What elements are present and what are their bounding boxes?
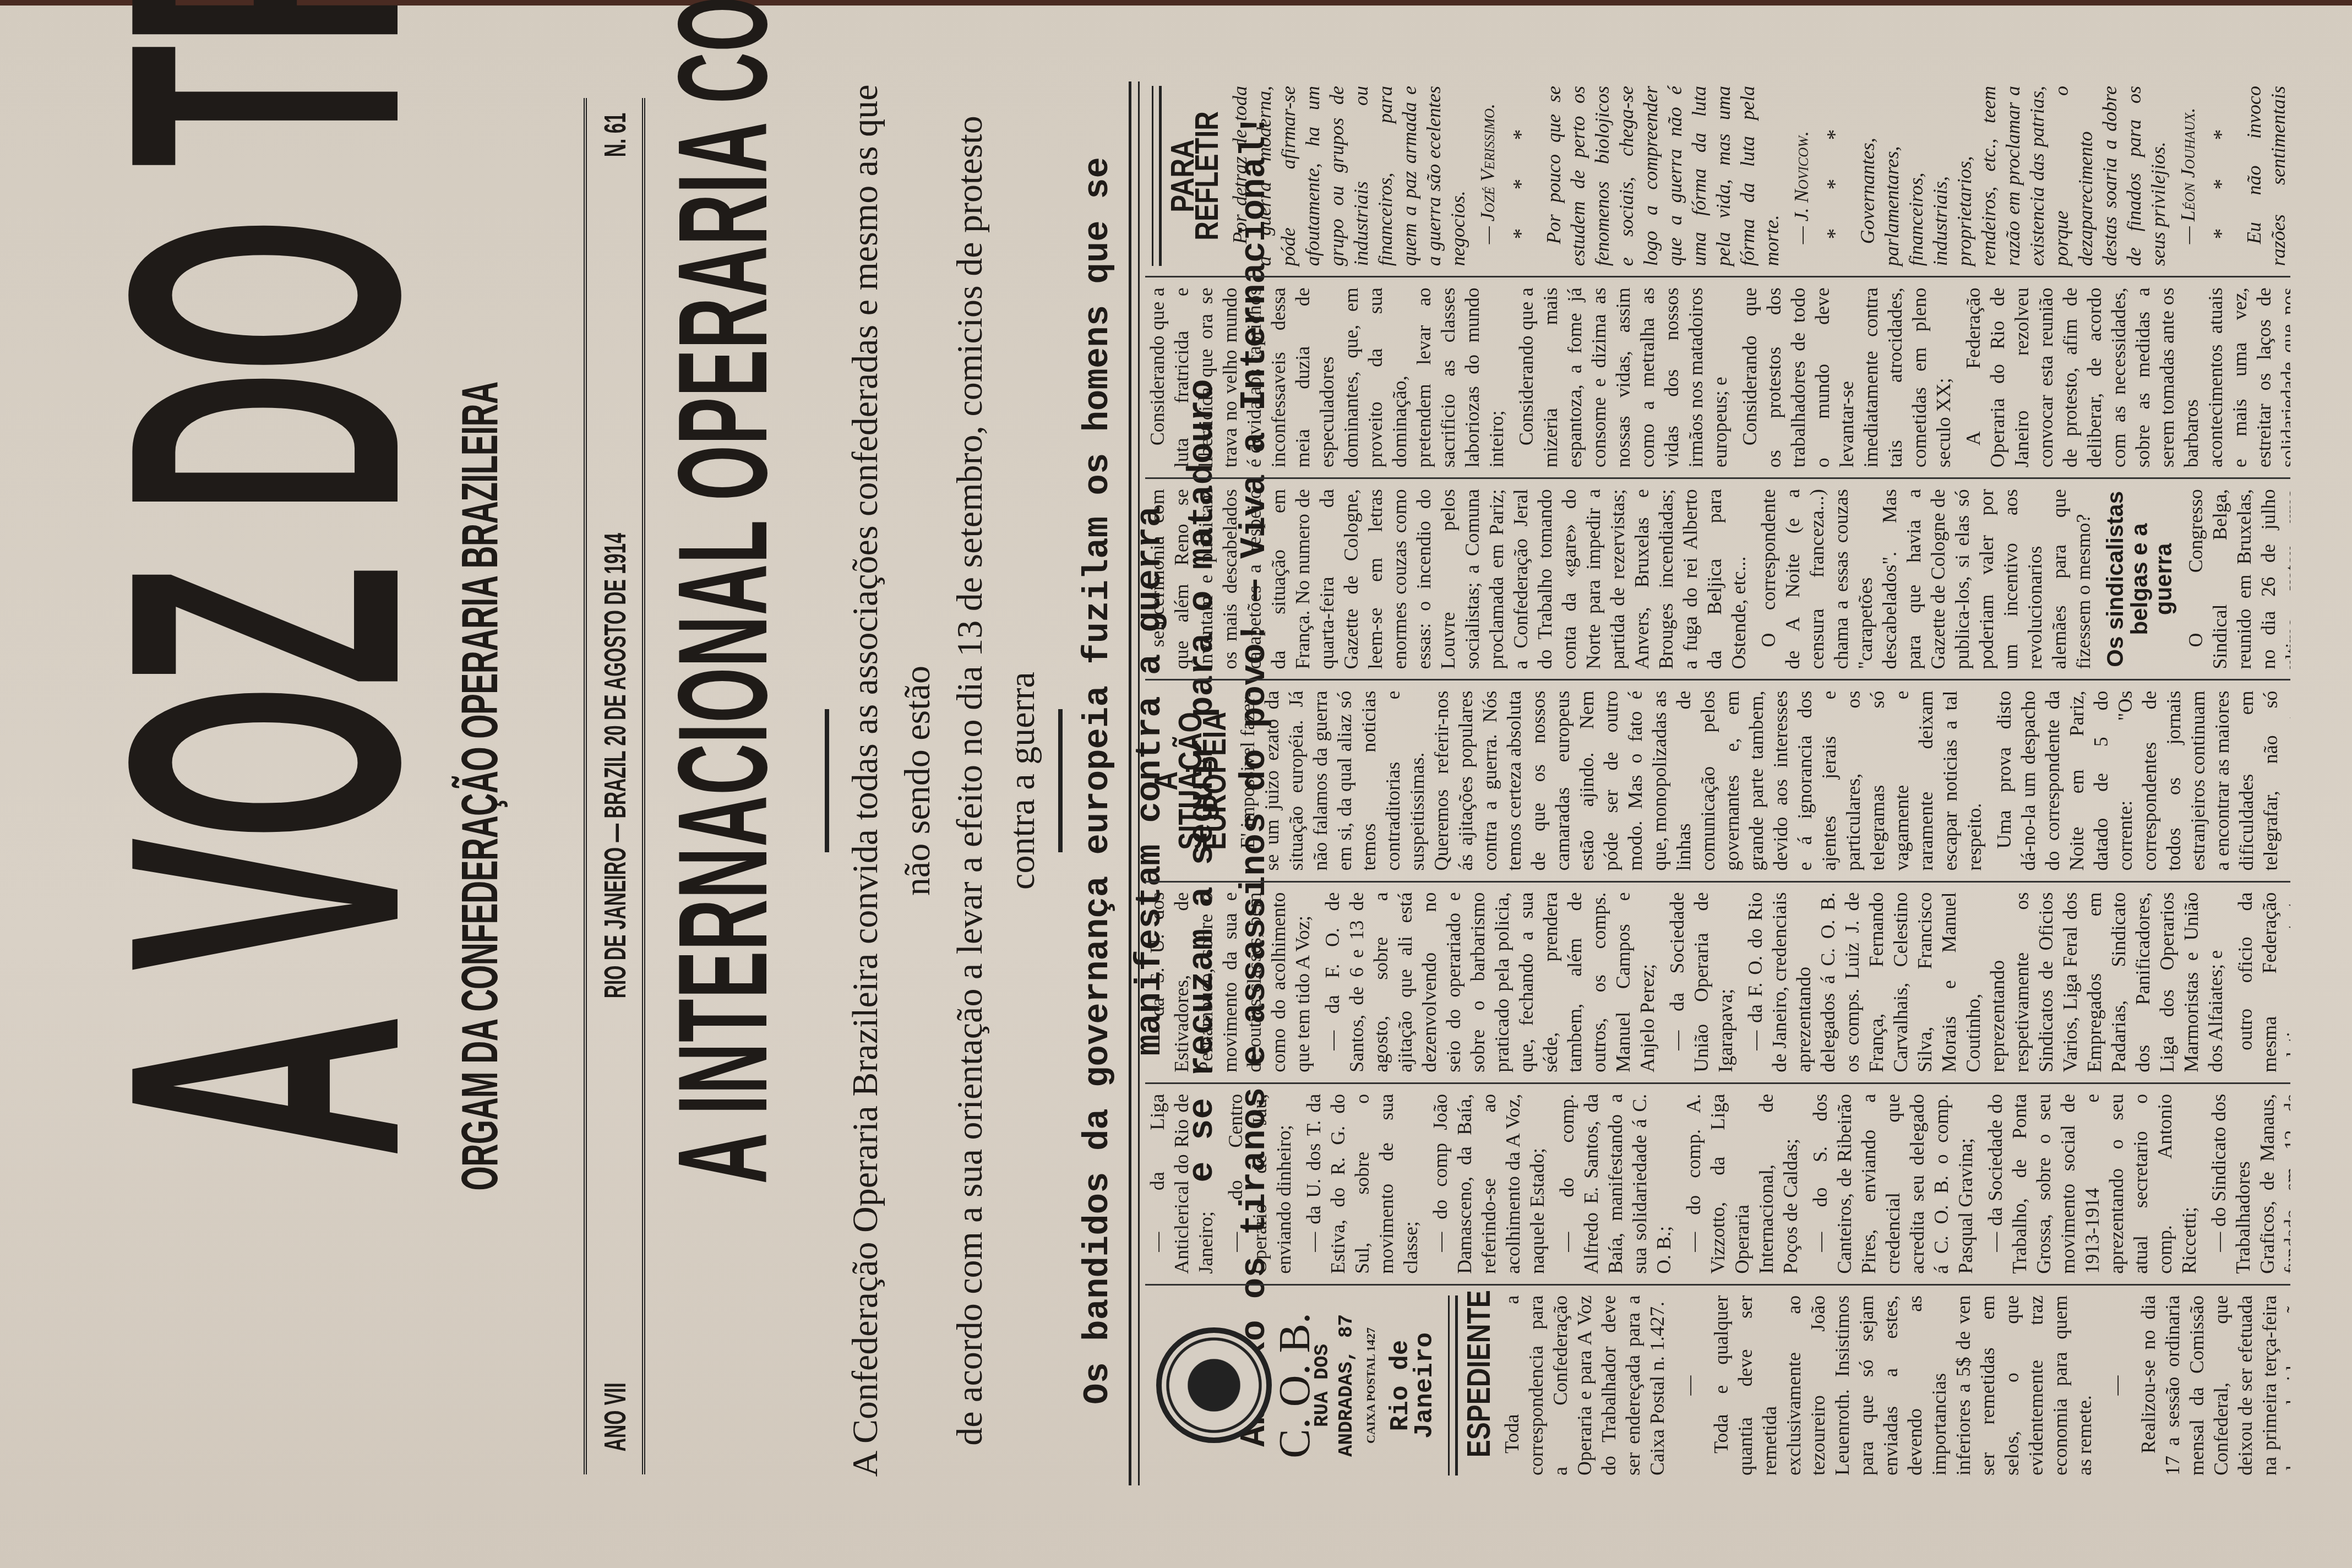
paragraph: Uma prova disto dá-no-la um despacho do … <box>1992 690 2290 870</box>
quote-block: Por pouco que se estudem de perto os fen… <box>1542 86 1814 266</box>
paragraph: — do S. dos Canteiros, de Ribeirão Pires… <box>1808 1094 1978 1274</box>
year-label: ANO VII <box>597 1382 633 1451</box>
column-5: semcerimonia com que além Reno se invent… <box>1145 479 2290 680</box>
paragraph: O Congresso Sindical Belga, reunido em B… <box>2184 489 2290 669</box>
paragraph: — da F. O. do Rio de Janeiro, credenciai… <box>1743 892 2228 1072</box>
column-6: Considerando que a luta fratricida e lib… <box>1145 277 2290 479</box>
separator-stars: * * * <box>1822 86 1847 266</box>
paragraph: Considerando que a mizeria mais espantoz… <box>1514 287 1732 467</box>
paragraph: — do comp. A. Vizzotto, da Liga Operaria… <box>1681 1094 1803 1274</box>
cob-city: Rio de Janeiro <box>1389 1295 1437 1476</box>
paragraph: — do comp João Damasceno, da Baía, refer… <box>1428 1094 1549 1274</box>
paragraph: — do comp. Alfredo E. Santos, da Baía, m… <box>1555 1094 1676 1274</box>
paragraph: — da Sociedade União Operaria de Igarapa… <box>1665 892 1738 1072</box>
quote-author: — Jozé Verissimo. <box>1476 86 1500 266</box>
quote-block: Governantes, parlamentares, financeiros,… <box>1855 86 2200 266</box>
newspaper-title: A VOZ DO TRABALHADOR <box>72 414 457 1158</box>
quote-text: Eu não invoco razões sentimentais para c… <box>2242 86 2290 266</box>
para-refletir-heading: PARA REFLETIR <box>1170 104 1219 248</box>
column-2: — da Liga Anticlerical do Rio de Janeiro… <box>1145 1084 2290 1286</box>
place-date: RIO DE JANEIRO — BRAZIL 20 DE AGOSTO DE … <box>597 533 633 998</box>
paragraph: A Federação Operaria do Rio de Janeiro r… <box>1961 287 2290 467</box>
newspaper-page: A VOZ DO TRABALHADOR ORGAM DA CONFEDERAÇ… <box>0 0 2352 1568</box>
cob-caixa-postal: CAIXA POSTAL 1427 <box>1359 1295 1383 1476</box>
divider: — <box>2104 1295 2128 1476</box>
divider <box>825 709 829 852</box>
paragraph: — da Sociedade do Trabalho, de Ponta Gro… <box>1983 1094 2201 1274</box>
quote-author: — J. Novicow. <box>1789 86 1814 266</box>
divider <box>1058 709 1063 852</box>
paragraph: O correspondente de A Noite (e a censura… <box>1756 489 2095 669</box>
quote-text: Governantes, parlamentares, financeiros,… <box>1855 86 2170 266</box>
separator-stars: * * * <box>2209 86 2233 266</box>
paragraph: Considerando que os protestos dos trabal… <box>1738 287 1956 467</box>
intro-line: A Confederação Operaria Brazileira convi… <box>839 76 944 1485</box>
main-headline: A INTERNACIONAL OPERARIA CONTRA A GUERRA… <box>650 389 796 1184</box>
column-1: CONFEDERAÇÃO OPERARIA BRAZILEIRA — LIBER… <box>1145 1286 2290 1485</box>
paragraph: — da S. U. dos Estivadores, de Pernambuc… <box>1145 892 1315 1072</box>
paragraph: Realizou-se no dia 17 a sessão ordinaria… <box>2136 1295 2290 1476</box>
divider <box>1152 86 1162 266</box>
column-7: PARA REFLETIR Por detraz de toda a guerr… <box>1145 76 2290 277</box>
quote-text: Por detraz de toda a guerra moderna, pód… <box>1228 86 1470 266</box>
seal-text: CONFEDERAÇÃO OPERARIA BRAZILEIRA — LIBER… <box>1153 1333 1275 1438</box>
espediente-heading: ESPEDIENTE <box>1467 1314 1491 1458</box>
cob-seal-icon: CONFEDERAÇÃO OPERARIA BRAZILEIRA — LIBER… <box>1156 1327 1272 1443</box>
column-4: A SITUAÇÃO EUROPÉIA E' impossivel fazer-… <box>1145 680 2290 882</box>
quote-block: Eu não invoco razões sentimentais para c… <box>2242 86 2290 266</box>
paragraph: outro oficio da mesma Federação relativo… <box>2233 892 2290 1072</box>
section-rule <box>1129 81 1140 1485</box>
situacao-heading: A SITUAÇÃO EUROPÉIA <box>1154 709 1227 853</box>
paragraph: Considerando que a luta fratricida e lib… <box>1145 287 1509 467</box>
paragraph: semcerimonia com que além Reno se invent… <box>1145 489 1751 669</box>
masthead: A VOZ DO TRABALHADOR ORGAM DA CONFEDERAÇ… <box>72 70 545 1502</box>
paragraph: — da U. dos T. da Estiva, do R. G. do Su… <box>1302 1094 1423 1274</box>
intro-line: de acordo com a sua orientação a levar a… <box>944 76 1048 1485</box>
issue-info-bar: ANO VII RIO DE JANEIRO — BRAZIL 20 DE AG… <box>584 98 645 1474</box>
divider: — <box>1677 1295 1701 1476</box>
quote-author: — Léon Jouhaux. <box>2176 86 2200 266</box>
paragraph: E' impossivel fazer-se um juizo ezato da… <box>1235 690 1986 870</box>
paragraph: Toda a correspondencia para a Confederaç… <box>1500 1295 1669 1476</box>
paragraph: — do Centro Operario de Jaú, enviando di… <box>1223 1094 1296 1274</box>
cob-name: C. O. B. <box>1283 1295 1307 1476</box>
rotated-newspaper-page: A VOZ DO TRABALHADOR ORGAM DA CONFEDERAÇ… <box>0 0 2352 1568</box>
column-3: — da S. U. dos Estivadores, de Pernambuc… <box>1145 883 2290 1084</box>
paragraph: — do Sindicato dos Trabalhadores Grafico… <box>2207 1094 2290 1274</box>
belgas-heading: Os sindicalistas belgas e a guerra <box>2103 489 2176 669</box>
separator-stars: * * * <box>1509 86 1533 266</box>
divider <box>1448 1295 1458 1476</box>
newspaper-subtitle: ORGAM DA CONFEDERAÇÃO OPERARIA BRAZILEIR… <box>451 342 509 1230</box>
article-columns: CONFEDERAÇÃO OPERARIA BRAZILEIRA — LIBER… <box>1145 76 2290 1485</box>
issue-number: N. 61 <box>597 113 633 157</box>
quote-text: Por pouco que se estudem de perto os fen… <box>1542 86 1784 266</box>
paragraph: — da Liga Anticlerical do Rio de Janeiro… <box>1145 1094 1218 1274</box>
paragraph: — da F. O. de Santos, de 6 e 13 de agost… <box>1320 892 1659 1072</box>
quote-block: Por detraz de toda a guerra moderna, pód… <box>1228 86 1500 266</box>
paragraph: Toda e qualquer quantia deve ser remetid… <box>1709 1295 2097 1476</box>
